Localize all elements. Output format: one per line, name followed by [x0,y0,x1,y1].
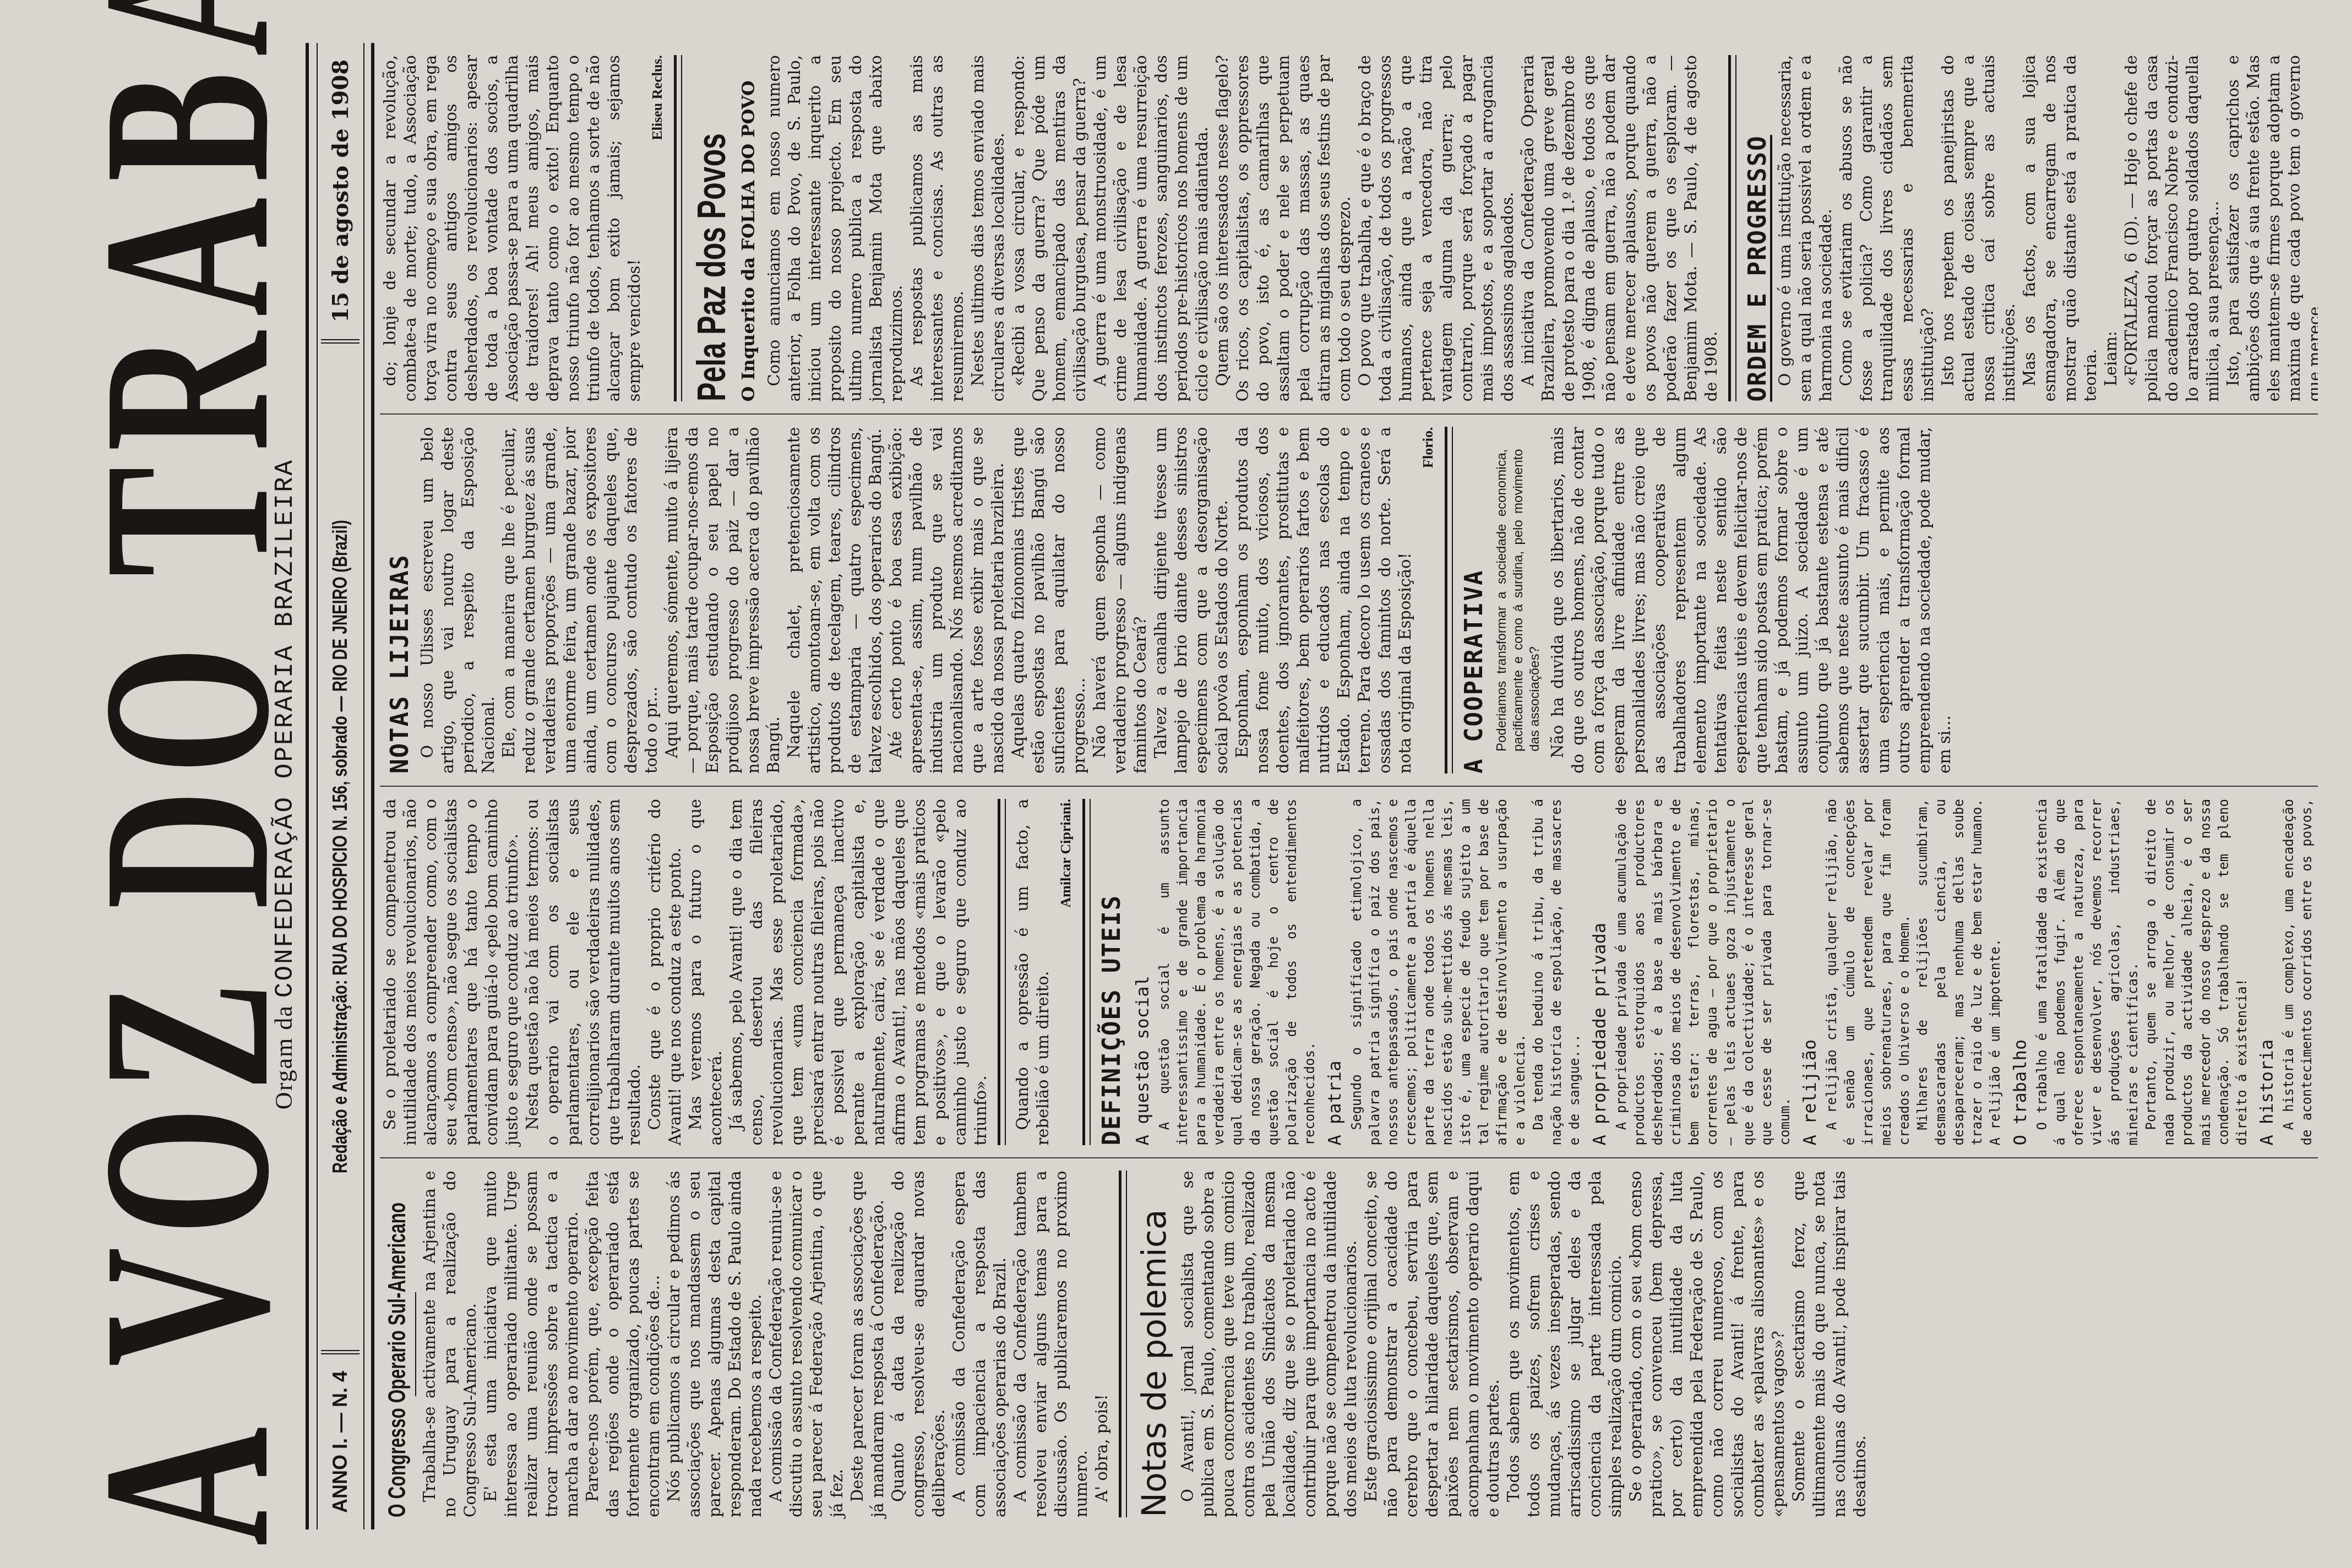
double-rule [1119,1171,1127,1518]
paragraph: Não haverá quem esponha — como verdadeir… [1090,427,1151,774]
column-4: do; lonje de secundar a revolução, comba… [380,43,2318,414]
newspaper-page: A VOZ DO TRABALHADOR Orgam da CONFEDERAÇ… [0,0,2352,1568]
paragraph: O Avanti!, jornal socialista que se publ… [1178,1171,1361,1518]
organ-name: CONFEDERAÇÃO OPERARIA BRAZILEIRA [271,459,300,998]
issue-date: 15 de agosto de 1908 [328,43,353,339]
divider [321,1350,360,1354]
paragraph: Isto, para satisfazer os caprichos e amb… [2223,55,2318,402]
paragraph: A propriedade privada é uma acumulação d… [1613,799,1794,1146]
paragraph: A relijião cristã, qualquer relijião, nã… [1823,799,1914,1146]
paragraph: Quanto á data da realização do congresso… [888,1171,949,1518]
double-rule [1445,427,1453,774]
article-heading: NOTAS LIJEIRAS [385,427,415,774]
article-subtitle: O Inquerito da FOLHA DO POVO [738,55,759,402]
organ-subtitle: Orgam da CONFEDERAÇÃO OPERARIA BRAZILEIR… [270,0,300,1568]
column-3: NOTAS LIJEIRASO nosso Ulisses escreveu u… [380,414,2318,786]
paragraph: Trabalha-se activamente na Arjentina e n… [420,1171,481,1518]
section-subheading: A questão social [1131,799,1153,1146]
paragraph: Todos sabem que os movimentos, em todos … [1504,1171,1626,1518]
issue-info-bar: ANNO I. — N. 4 Redação e Administração: … [318,43,362,1529]
paragraph: Aqui queremos, sómente, muito á lijeira … [662,427,784,774]
double-rule [1082,799,1091,1146]
editorial-address: Redação e Administração: RUA DO HOSPICIO… [329,454,352,1239]
paragraph: Talvez a canalha dirijente tivesse um la… [1151,427,1232,774]
header-rule-bottom [363,43,374,1529]
paragraph: Já sabemos, pelo Avanti! que o dia tem c… [726,799,991,1146]
paragraph: Naquele chalet, pretenciosamente artisti… [784,427,886,774]
paragraph: «FORTALEZA, 6 (D). — Hoje o chefe de pol… [2121,55,2223,402]
section-subheading: A patria [1324,799,1346,1146]
section-subheading: O trabalho [2009,799,2031,1146]
paragraph: do; lonje de secundar a revolução, comba… [380,55,645,402]
double-rule [674,55,682,402]
paragraph: Até certo ponto é boa essa exibição: apr… [886,427,1008,774]
paragraph: Não ha duvida que os libertarios, mais d… [1548,427,1955,774]
paragraph: A iniciativa da Confederação Operaria Br… [1518,55,1722,402]
author-signature: Eliseu Reclus. [647,55,667,402]
paragraph: Leiam: [2101,55,2121,402]
paragraph: Conste que é o proprio critério do Avant… [645,799,685,1146]
paragraph: A comissão da Confederação espera com im… [949,1171,1010,1518]
paragraph: Como se evitariam os abusos se não fosse… [1836,55,1938,402]
paragraph: Se o operariado, com o seu «bom censo pr… [1626,1171,1789,1518]
paragraph: A guerra é uma monstruosidade, é um crim… [1090,55,1212,402]
column-2: Se o proletariado se compenetrou da inut… [380,786,2318,1158]
paragraph: Nestes ultimos dias temos enviado mais c… [968,55,1009,402]
paragraph: Somente o sectarismo feroz, que ultimame… [1789,1171,1870,1518]
short-rule [415,1292,416,1396]
double-rule [1728,55,1736,402]
epigraph: Poderiamos transformar a sociedade econo… [1494,427,1543,774]
article-columns: O Congresso Operario Sul-AmericanoTrabal… [380,43,2318,1529]
divider [321,339,360,344]
paragraph: Quem são os interessados nesse flagelo? … [1212,55,1355,402]
paragraph: Esponham, esponham os produtos da nossa … [1232,427,1415,774]
organ-prefix: Orgam da [270,1005,297,1109]
paragraph: Mas veremos para o futuro o que acontece… [685,799,726,1146]
paragraph: A historia é um complexo, uma encadeação… [2280,799,2318,1146]
paragraph: Nós publicamos a circular e pedimos ás a… [664,1171,766,1518]
article-heading: DEFINIÇÕES UTEIS [1097,799,1127,1146]
paragraph: Como anunciamos em nosso numero anterior… [764,55,907,402]
section-subheading: A historia [2256,799,2278,1146]
paragraph: Portanto, quem se arroga o direito de na… [2142,799,2251,1146]
paragraph: A' obra, pois! [1092,1171,1112,1518]
article-heading: A COOPERATIVA [1460,427,1489,774]
paragraph: Ele, com a maneira que lhe é peculiar, r… [499,427,662,774]
header-rule-top [306,43,318,1529]
paragraph: Se o proletariado se compenetrou da inut… [380,799,522,1146]
article-heading: Pela Paz dos Povos [689,152,735,401]
paragraph: A questão social é um assunto interessan… [1156,799,1319,1146]
paragraph: O trabalho é uma fatalidade da existenci… [2033,799,2142,1146]
paragraph: A comissão da Confederação reuniu-se e d… [766,1171,847,1518]
paragraph: «Recibi a vossa circular, e respondo: Qu… [1009,55,1090,402]
paragraph: Deste parecer foram as associações que j… [847,1171,888,1518]
paragraph: Este graciosissimo e orijinal conceito, … [1361,1171,1504,1518]
paragraph: Parece-nos porém, que, excepção feita da… [582,1171,664,1518]
paragraph: Isto nos repetem os panejiristas do actu… [1938,55,2019,402]
article-heading: O Congresso Operario Sul-Americano [383,1268,412,1517]
paragraph: Segundo o significado etimolojico, a pal… [1348,799,1529,1146]
paragraph: E' esta uma iniciativa que muito interes… [481,1171,582,1518]
paragraph: O nosso Ulisses escreveu um belo artigo,… [417,427,499,774]
paragraph: Da tenda do beduino á tribu, da tribu á … [1529,799,1584,1146]
paragraph: Quando a opressão é um facto, a rebelião… [1012,799,1053,1146]
paragraph: Mas os factos, com a sua lojica esmagado… [2019,55,2101,402]
article-heading: Notas de polemica [1135,1171,1174,1518]
double-rule [998,799,1006,1146]
paragraph: Nesta questão não há meios termos: ou o … [522,799,645,1146]
paragraph: Aquelas quatro fizionomias tristes que e… [1008,427,1090,774]
paragraph: Milhares de relijiões sucumbiram, desmas… [1914,799,2005,1146]
author-signature: Florio. [1418,427,1438,774]
issue-number: ANNO I. — N. 4 [329,1354,352,1529]
paragraph: As respostas publicamos as mais interess… [907,55,968,402]
article-heading: ORDEM E PROGRESSO [1743,55,1773,402]
section-subheading: A propriedade privada [1588,799,1610,1146]
paragraph: O povo que trabalha, e que é o braço de … [1355,55,1518,402]
column-1: O Congresso Operario Sul-AmericanoTrabal… [380,1158,2318,1530]
section-subheading: A relijião [1799,799,1821,1146]
paragraph: O governo é uma instituição necessaria, … [1775,55,1836,402]
paragraph: A comissão da Confederação tambem resolv… [1010,1171,1092,1518]
author-signature: Amilcar Cipriani. [1055,799,1076,1146]
